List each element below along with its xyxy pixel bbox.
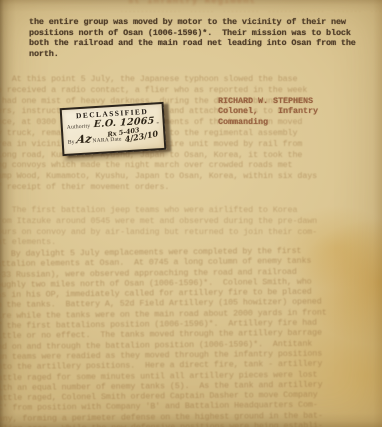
signer-title: Commanding <box>218 117 318 127</box>
bleedthrough-paragraph-b: The first battalion jeep teams who were … <box>0 205 382 248</box>
by-label: By <box>68 139 75 145</box>
bleedthrough-line: area in vicinity of Taejon. The entire u… <box>0 139 382 150</box>
bleedthrough-line: hours on convoy and by air-landing but r… <box>0 227 382 238</box>
authority-label: Authority <box>67 123 91 130</box>
bleedthrough-line: of receipt of their movement orders. <box>0 182 382 193</box>
signature-block: RICHARD W. STEPHENS Colonel, Infantry Co… <box>218 96 318 127</box>
typed-line: north. <box>29 49 356 60</box>
stamp-by-row: By Az NARA Date Rx 5-403 4/23/10 <box>63 130 163 146</box>
bleedthrough-line: ders, instructing the 1st Battalion and … <box>0 106 382 117</box>
bleedthrough-paragraph-c: By daylight 5 July emplacements were com… <box>0 245 382 427</box>
typed-line: both the railroad and the main road net … <box>29 38 356 49</box>
bleedthrough-line: ing convoys which made the night march o… <box>0 160 382 171</box>
bleedthrough-line: from Itazuke around 0545 were met and ob… <box>0 216 382 227</box>
typed-paragraph: the entire group was moved by motor to t… <box>29 17 356 59</box>
bleedthrough-line: along road, Kumamoto, Kyushu, Japan to O… <box>0 150 382 161</box>
bleedthrough-line: we received a radio contact, a flier who… <box>0 85 382 96</box>
reviewer-signature-handwriting: Az <box>76 135 92 144</box>
aged-paper-background: st Infantry Regiment ............... ...… <box>0 0 382 427</box>
signer-rank: Colonel, Infantry <box>218 106 318 116</box>
bleedthrough-paragraph-a: At this point 5 July, the Japanese typho… <box>0 74 382 193</box>
signer-name: RICHARD W. STEPHENS <box>218 96 318 106</box>
bleedthrough-line: The first battalion jeep teams who were … <box>0 205 382 216</box>
declassified-stamp: DECLASSIFIED Authority E.O. 12065 By Az … <box>60 102 167 156</box>
bleedthrough-top-fragment: st Infantry Regiment <box>128 0 256 6</box>
bleedthrough-top-fragment-2: ............... ...... ......... .......… <box>120 7 382 14</box>
bleedthrough-line: At this point 5 July, the Japanese typho… <box>0 74 382 85</box>
bleedthrough-line: Camp Wood, Kumamoto, Kyushu, Japan to Os… <box>0 171 382 182</box>
authority-underline <box>156 115 159 123</box>
typed-line: the entire group was moved by motor to t… <box>29 17 356 28</box>
bleedthrough-line: by truck, remaining men were pulled to t… <box>0 128 382 139</box>
typed-line: positions north of Osan (1006-1596)*. Th… <box>29 28 356 39</box>
bleedthrough-line: d had one mist of heavy darkness, during… <box>0 96 382 107</box>
bleedthrough-line: once, at 0300 hours the advance elements… <box>0 117 382 128</box>
scanned-document-page: { "document": { "paragraph_lines": [ "th… <box>0 0 382 427</box>
